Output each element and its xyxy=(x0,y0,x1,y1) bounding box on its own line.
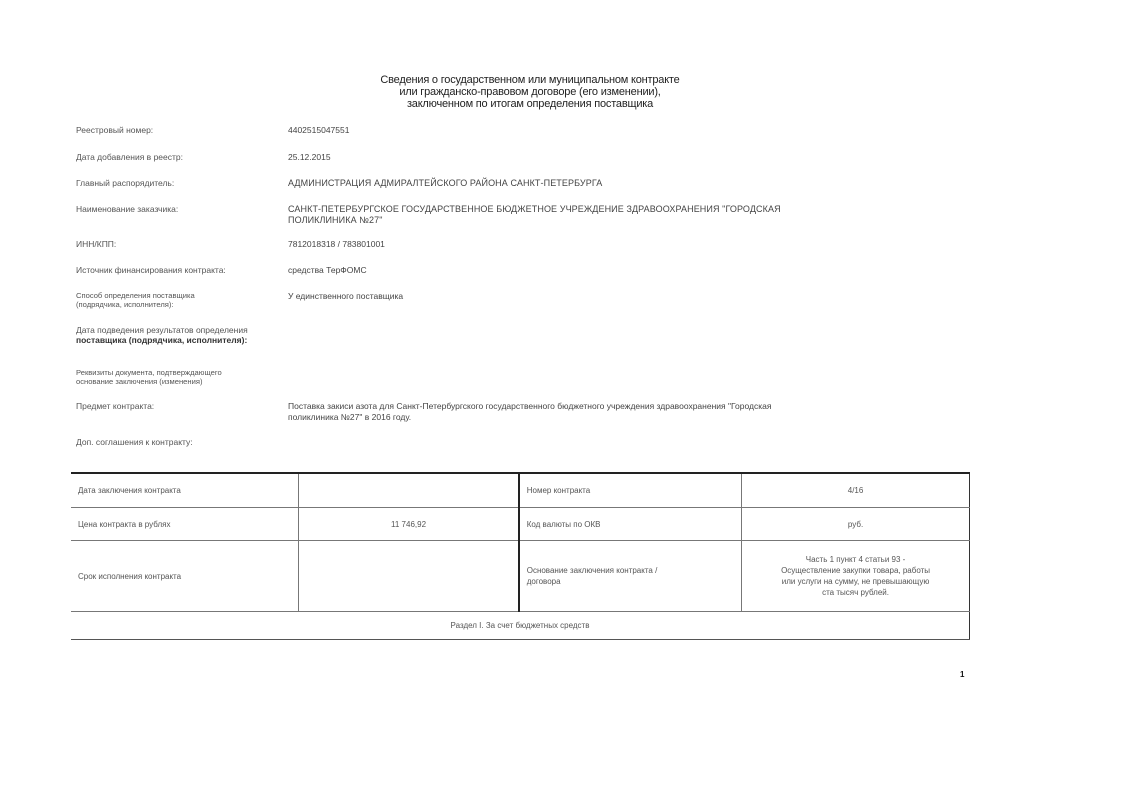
contract-date-value xyxy=(299,473,519,508)
page-number: 1 xyxy=(960,670,964,679)
field-value: 25.12.2015 xyxy=(288,152,968,163)
field-label: Источник финансирования контракта: xyxy=(76,265,286,275)
value-line-3: или услуги на сумму, не превышающую xyxy=(749,576,962,587)
currency-code-label: Код валюты по ОКВ xyxy=(519,508,742,541)
field-label: Дата добавления в реестр: xyxy=(76,152,286,162)
field-label: ИНН/КПП: xyxy=(76,239,286,249)
contract-price-label: Цена контракта в рублях xyxy=(71,508,299,541)
field-label: Главный распорядитель: xyxy=(76,178,286,188)
field-label: Реестровый номер: xyxy=(76,125,286,135)
title-line-2: или гражданско-правовом договоре (его из… xyxy=(300,86,760,98)
section-label: Раздел I. За счет бюджетных средств xyxy=(71,612,970,640)
contract-date-label: Дата заключения контракта xyxy=(71,473,299,508)
field-label: Способ определения поставщика (подрядчик… xyxy=(76,291,286,309)
label-line-2: (подрядчика, исполнителя): xyxy=(76,300,286,309)
table-row: Цена контракта в рублях 11 746,92 Код ва… xyxy=(71,508,970,541)
contract-basis-value: Часть 1 пункт 4 статьи 93 - Осуществлени… xyxy=(742,541,970,612)
value-line-2: ПОЛИКЛИНИКА №27" xyxy=(288,215,968,226)
contract-number-value: 4/16 xyxy=(742,473,970,508)
label-line-1: Основание заключения контракта / xyxy=(527,565,734,576)
currency-code-value: руб. xyxy=(742,508,970,541)
execution-term-label: Срок исполнения контракта xyxy=(71,541,299,612)
field-label: Реквизиты документа, подтверждающего осн… xyxy=(76,368,286,386)
value-line-1: Часть 1 пункт 4 статьи 93 - xyxy=(749,554,962,565)
contract-table: Дата заключения контракта Номер контракт… xyxy=(71,472,970,640)
label-line-1: Реквизиты документа, подтверждающего xyxy=(76,368,286,377)
field-label: Дата подведения результатов определения … xyxy=(76,325,286,345)
value-line-1: Поставка закиси азота для Санкт-Петербур… xyxy=(288,401,968,412)
field-value: АДМИНИСТРАЦИЯ АДМИРАЛТЕЙСКОГО РАЙОНА САН… xyxy=(288,178,968,189)
field-value: 4402515047551 xyxy=(288,125,968,136)
contract-number-label: Номер контракта xyxy=(519,473,742,508)
field-label: Предмет контракта: xyxy=(76,401,286,411)
value-line-1: САНКТ-ПЕТЕРБУРГСКОЕ ГОСУДАРСТВЕННОЕ БЮДЖ… xyxy=(288,204,968,215)
table-row: Срок исполнения контракта Основание закл… xyxy=(71,541,970,612)
label-line-1: Дата подведения результатов определения xyxy=(76,325,286,335)
table-row: Дата заключения контракта Номер контракт… xyxy=(71,473,970,508)
execution-term-value xyxy=(299,541,519,612)
field-value: САНКТ-ПЕТЕРБУРГСКОЕ ГОСУДАРСТВЕННОЕ БЮДЖ… xyxy=(288,204,968,226)
field-label: Доп. соглашения к контракту: xyxy=(76,437,286,447)
contract-price-value: 11 746,92 xyxy=(299,508,519,541)
field-value: 7812018318 / 783801001 xyxy=(288,239,968,250)
field-value: Поставка закиси азота для Санкт-Петербур… xyxy=(288,401,968,423)
label-line-2: основание заключения (изменения) xyxy=(76,377,286,386)
label-line-2: договора xyxy=(527,576,734,587)
document-title: Сведения о государственном или муниципал… xyxy=(300,74,760,110)
contract-basis-label: Основание заключения контракта / договор… xyxy=(519,541,742,612)
title-line-1: Сведения о государственном или муниципал… xyxy=(300,74,760,86)
value-line-2: Осуществление закупки товара, работы xyxy=(749,565,962,576)
field-label: Наименование заказчика: xyxy=(76,204,286,214)
title-line-3: заключенном по итогам определения постав… xyxy=(300,98,760,110)
field-value: У единственного поставщика xyxy=(288,291,968,302)
label-line-1: Способ определения поставщика xyxy=(76,291,286,300)
value-line-4: ста тысяч рублей. xyxy=(749,587,962,598)
value-line-2: поликлиника №27" в 2016 году. xyxy=(288,412,968,423)
label-line-2: поставщика (подрядчика, исполнителя): xyxy=(76,335,286,345)
field-value: средства ТерФОМС xyxy=(288,265,968,276)
section-header-row: Раздел I. За счет бюджетных средств xyxy=(71,612,970,640)
